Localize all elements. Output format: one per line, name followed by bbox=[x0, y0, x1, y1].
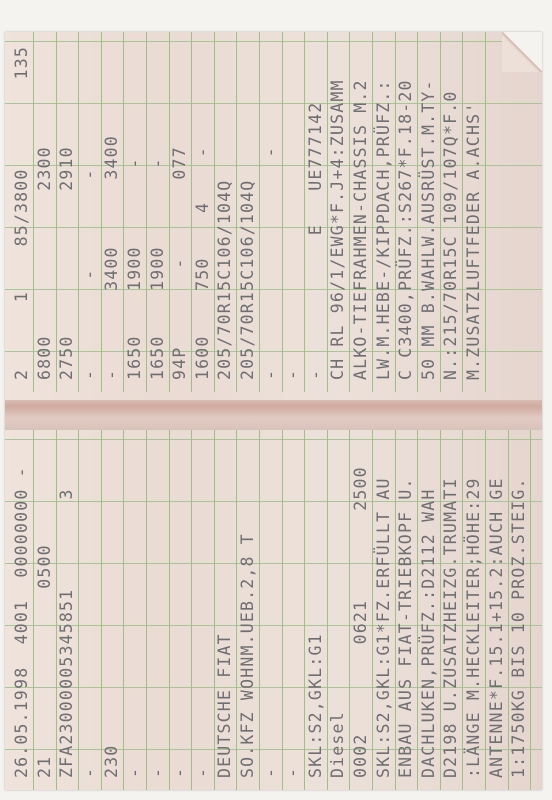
document-text-line: - - - bbox=[79, 168, 101, 380]
document-text-line: - bbox=[169, 767, 191, 778]
document-text-line: - bbox=[79, 767, 101, 778]
document-text-line: 1600 750 4 - bbox=[192, 146, 214, 380]
grid-row bbox=[124, 422, 147, 790]
document-text-line: 26.05.1998 4001 00000000 - bbox=[11, 466, 33, 778]
document-text-line: - bbox=[260, 767, 282, 778]
document-text-line: 2750 2910 bbox=[56, 146, 78, 380]
document-text-line: 50 MM B.WAHLW.AUSRÜST.M.TY- bbox=[418, 79, 440, 380]
document-text-line: DACHLUKEN,PRÜFZ.:D2112 WAH bbox=[418, 489, 440, 778]
document-text-line: DEUTSCHE FIAT bbox=[214, 633, 236, 778]
grid-row bbox=[282, 422, 305, 790]
document-text-line: - bbox=[192, 767, 214, 778]
page-fold bbox=[5, 400, 542, 430]
document-text-line: - bbox=[282, 369, 304, 380]
document-text-line: - 3400 3400 bbox=[101, 135, 123, 380]
document-text-line: 2 1 85/3800 135 bbox=[11, 46, 33, 380]
grid-row bbox=[101, 422, 124, 790]
document-text-line: LW.M.HEBE-/KIPPDACH,PRÜFZ.: bbox=[373, 79, 395, 380]
grid-row bbox=[192, 422, 215, 790]
document-text-line: - E UE777142 bbox=[305, 102, 327, 380]
grid-row bbox=[282, 32, 305, 392]
document-text-line: 6800 2300 bbox=[34, 146, 56, 380]
document-text-line: Diesel bbox=[327, 711, 349, 778]
document-text-line: - - bbox=[260, 146, 282, 380]
document-text-line: SKL:S2,GKL:G1*FZ.ERFÜLLT AU bbox=[373, 477, 395, 778]
document-text-line: C C3400,PRÜFZ.:S267*F.18-20 bbox=[395, 79, 417, 380]
document-text-line: 1650 1900 - bbox=[124, 157, 146, 380]
document-right-half: 2 1 85/3800 1356800 23002750 2910- - -- … bbox=[5, 32, 542, 392]
grid-row bbox=[79, 422, 102, 790]
document-text-line: 21 0500 bbox=[34, 544, 56, 778]
vehicle-document-page: 26.05.1998 4001 00000000 -21 0500ZFA2300… bbox=[5, 32, 542, 790]
document-text-line: 230 bbox=[101, 745, 123, 778]
document-text-line: N.:215/70R15C 109/107Q*F.0 bbox=[440, 91, 462, 380]
document-text-line: - bbox=[124, 767, 146, 778]
grid-row bbox=[260, 422, 283, 790]
dog-eared-corner bbox=[502, 32, 542, 72]
document-text-line: - bbox=[282, 767, 304, 778]
document-text-line: D2198 U.ZUSATZHEIZG.TRUMATI bbox=[440, 477, 462, 778]
document-text-line: SO.KFZ WOHNM.UEB.2,8 T bbox=[237, 533, 259, 778]
document-text-line: ALKO-TIEFRAHMEN-CHASSIS M.2 bbox=[350, 79, 372, 380]
document-text-line: - bbox=[147, 767, 169, 778]
document-text-line: 94P - 077 bbox=[169, 146, 191, 380]
document-left-half: 26.05.1998 4001 00000000 -21 0500ZFA2300… bbox=[5, 422, 542, 790]
document-text-line: 1:1750KG BIS 10 PROZ.STEIG. bbox=[508, 477, 530, 778]
document-text-line: M.ZUSATZLUFTFEDER A.ACHS' bbox=[463, 102, 485, 380]
document-text-line: 0002 0621 2500 bbox=[350, 466, 372, 778]
grid-row bbox=[147, 422, 170, 790]
document-text-line: SKL:S2,GKL:G1 bbox=[305, 633, 327, 778]
document-text-line: 1650 1900 - bbox=[147, 157, 169, 380]
document-text-line: ANTENNE*F.15.1+15.2:AUCH GE bbox=[486, 477, 508, 778]
document-text-line: 205/70R15C106/104Q bbox=[214, 180, 236, 380]
document-text-line: ZFA23000005345851 3 bbox=[56, 489, 78, 778]
grid-row bbox=[169, 422, 192, 790]
document-text-line: ENBAU AUS FIAT-TRIEBKOPF U. bbox=[395, 477, 417, 778]
document-text-line: :LÄNGE M.HECKLEITER;HÖHE:29 bbox=[463, 477, 485, 778]
document-text-line: CH RL 96/1/EWG*F.J+4:ZUSAMM bbox=[327, 79, 349, 380]
document-text-line: 205/70R15C106/104Q bbox=[237, 180, 259, 380]
